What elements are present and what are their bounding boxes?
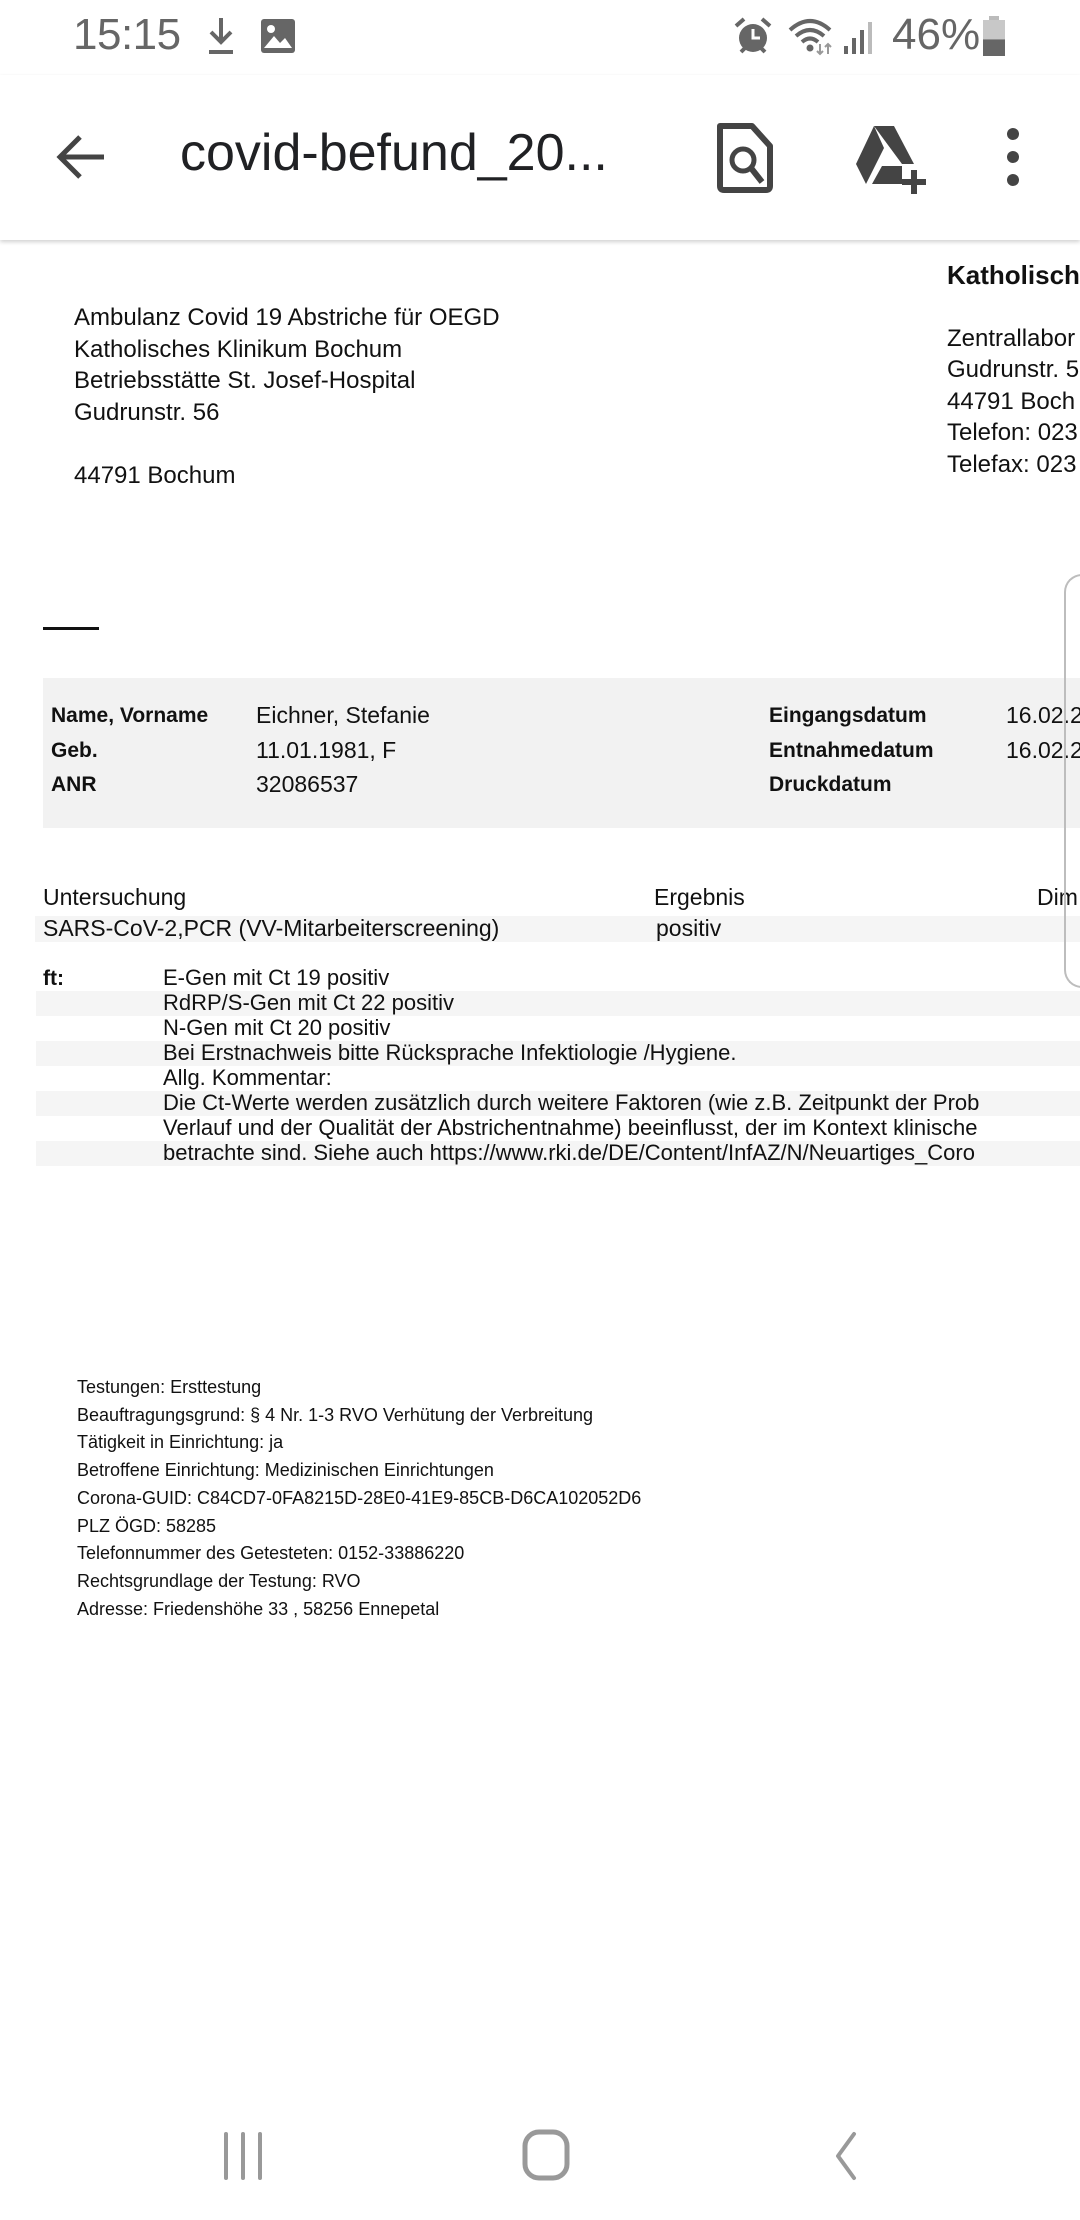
finding-line: Allg. Kommentar: [36, 1066, 1080, 1091]
lab-line: Gudrunstr. 5 [947, 354, 1080, 386]
download-icon [206, 16, 236, 58]
navigation-bar [0, 2080, 1080, 2220]
wifi-icon [786, 16, 834, 56]
finding-text: Allg. Kommentar: [163, 1065, 332, 1091]
sender-line: Katholisches Klinikum Bochum [74, 334, 500, 366]
lab-line: Telefax: 023 [947, 449, 1080, 481]
meta-line: Tätigkeit in Einrichtung: ja [77, 1429, 641, 1457]
lab-line: 44791 Boch [947, 386, 1080, 418]
pdf-document-view[interactable]: Ambulanz Covid 19 Abstriche für OEGD Kat… [0, 240, 1080, 2080]
meta-line: PLZ ÖGD: 58285 [77, 1513, 641, 1541]
recents-icon[interactable] [203, 2120, 283, 2190]
anr-value: 32086537 [256, 771, 358, 798]
patient-info-box: Name, Vorname Eichner, Stefanie Geb. 11.… [43, 678, 1080, 828]
druck-label: Druckdatum [769, 773, 892, 797]
sender-address: Ambulanz Covid 19 Abstriche für OEGD Kat… [74, 302, 500, 491]
status-bar: 15:15 46% [0, 0, 1080, 75]
status-time: 15:15 [73, 10, 181, 60]
meta-line: Betroffene Einrichtung: Medizinischen Ei… [77, 1457, 641, 1485]
meta-line: Testungen: Ersttestung [77, 1374, 641, 1402]
sender-spacer [74, 428, 500, 460]
alarm-icon [732, 16, 774, 56]
dob-value: 11.01.1981, F [256, 737, 396, 764]
finding-text: Bei Erstnachweis bitte Rücksprache Infek… [163, 1040, 737, 1066]
drive-add-icon[interactable] [852, 120, 932, 195]
meta-line: Beauftragungsgrund: § 4 Nr. 1-3 RVO Verh… [77, 1402, 641, 1430]
document-search-icon[interactable] [712, 120, 782, 195]
finding-line: Bei Erstnachweis bitte Rücksprache Infek… [36, 1041, 1080, 1066]
test-metadata: Testungen: Ersttestung Beauftragungsgrun… [77, 1374, 641, 1623]
finding-text: N-Gen mit Ct 20 positiv [163, 1015, 390, 1041]
lab-address: Katholisch Zentrallabor Gudrunstr. 5 447… [947, 260, 1080, 480]
meta-line: Rechtsgrundlage der Testung: RVO [77, 1568, 641, 1596]
image-icon [260, 18, 296, 54]
signal-icon [842, 20, 876, 56]
lab-line: Zentrallabor [947, 323, 1080, 355]
divider-rule [43, 627, 99, 630]
anr-label: ANR [51, 773, 97, 797]
finding-line: Verlauf und der Qualität der Abstrichent… [36, 1116, 1080, 1141]
name-label: Name, Vorname [51, 704, 208, 728]
finding-line: Die Ct-Werte werden zusätzlich durch wei… [36, 1091, 1080, 1116]
document-title: covid-befund_20... [180, 123, 608, 183]
dob-label: Geb. [51, 739, 98, 763]
back-chevron-icon[interactable] [808, 2120, 888, 2190]
sender-line: Ambulanz Covid 19 Abstriche für OEGD [74, 302, 500, 334]
more-vertical-icon[interactable] [996, 120, 1030, 195]
sender-line: Gudrunstr. 56 [74, 397, 500, 429]
meta-line: Adresse: Friedenshöhe 33 , 58256 Ennepet… [77, 1596, 641, 1624]
app-bar: covid-befund_20... [0, 75, 1080, 240]
finding-line: RdRP/S-Gen mit Ct 22 positiv [36, 991, 1080, 1016]
battery-icon [983, 16, 1005, 56]
fast-scroll-handle[interactable] [1064, 574, 1080, 988]
battery-percent: 46% [892, 10, 980, 60]
result-value: positiv [656, 915, 721, 942]
finding-text: E-Gen mit Ct 19 positiv [163, 965, 389, 991]
finding-text: Verlauf und der Qualität der Abstrichent… [163, 1115, 977, 1141]
finding-text: betrachte sind. Siehe auch https://www.r… [163, 1140, 975, 1166]
finding-line: N-Gen mit Ct 20 positiv [36, 1016, 1080, 1041]
lab-header: Katholisch [947, 260, 1080, 292]
lab-line: Telefon: 023 [947, 417, 1080, 449]
sender-line: 44791 Bochum [74, 460, 500, 492]
finding-line: E-Gen mit Ct 19 positiv [36, 966, 1080, 991]
finding-line: betrachte sind. Siehe auch https://www.r… [36, 1141, 1080, 1166]
meta-line: Corona-GUID: C84CD7-0FA8215D-28E0-41E9-8… [77, 1485, 641, 1513]
home-icon[interactable] [505, 2120, 585, 2190]
col-header-test: Untersuchung [43, 884, 186, 911]
result-test-name: SARS-CoV-2,PCR (VV-Mitarbeiterscreening) [43, 915, 499, 942]
name-value: Eichner, Stefanie [256, 702, 430, 729]
entnahme-label: Entnahmedatum [769, 739, 934, 763]
eingang-label: Eingangsdatum [769, 704, 927, 728]
finding-text: Die Ct-Werte werden zusätzlich durch wei… [163, 1090, 979, 1116]
col-header-result: Ergebnis [654, 884, 745, 911]
meta-line: Telefonnummer des Getesteten: 0152-33886… [77, 1540, 641, 1568]
sender-line: Betriebsstätte St. Josef-Hospital [74, 365, 500, 397]
arrow-back-icon[interactable] [52, 127, 112, 187]
finding-text: RdRP/S-Gen mit Ct 22 positiv [163, 990, 454, 1016]
